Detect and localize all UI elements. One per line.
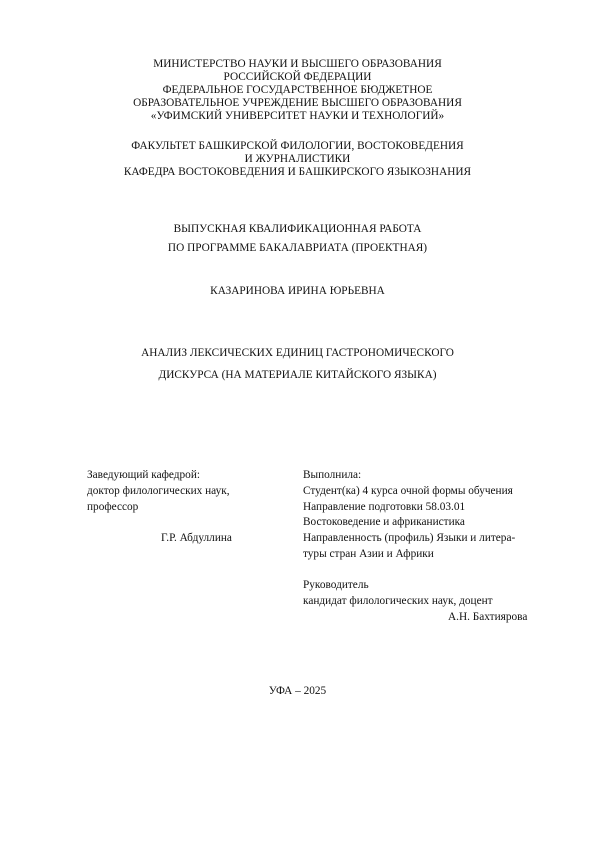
thesis-title-line-1: АНАЛИЗ ЛЕКСИЧЕСКИХ ЕДИНИЦ ГАСТРОНОМИЧЕСК… — [0, 346, 595, 360]
study-direction-name: Востоковедение и африканистика — [303, 515, 465, 529]
faculty-line-1: ФАКУЛЬТЕТ БАШКИРСКОЙ ФИЛОЛОГИИ, ВОСТОКОВ… — [0, 139, 595, 153]
author-name: КАЗАРИНОВА ИРИНА ЮРЬЕВНА — [0, 284, 595, 298]
city-year: УФА – 2025 — [0, 684, 595, 698]
thesis-title-line-2: ДИСКУРСА (НА МАТЕРИАЛЕ КИТАЙСКОГО ЯЗЫКА) — [0, 368, 595, 382]
supervisor-degree: кандидат филологических наук, доцент — [303, 594, 493, 608]
ministry-line-4: ОБРАЗОВАТЕЛЬНОЕ УЧРЕЖДЕНИЕ ВЫСШЕГО ОБРАЗ… — [0, 96, 595, 110]
student-course: Студент(ка) 4 курса очной формы обучения — [303, 484, 513, 498]
faculty-line-2: И ЖУРНАЛИСТИКИ — [0, 152, 595, 166]
study-direction: Направление подготовки 58.03.01 — [303, 500, 465, 514]
head-label: Заведующий кафедрой: — [87, 468, 200, 482]
work-type-line-2: ПО ПРОГРАММЕ БАКАЛАВРИАТА (ПРОЕКТНАЯ) — [0, 241, 595, 255]
work-type-line-1: ВЫПУСКНАЯ КВАЛИФИКАЦИОННАЯ РАБОТА — [0, 222, 595, 236]
study-profile-line-1: Направленность (профиль) Языки и литера- — [303, 531, 515, 545]
ministry-line-2: РОССИЙСКОЙ ФЕДЕРАЦИИ — [0, 70, 595, 84]
supervisor-name: А.Н. Бахтиярова — [448, 610, 527, 624]
performed-label: Выполнила: — [303, 468, 361, 482]
study-profile-line-2: туры стран Азии и Африки — [303, 547, 434, 561]
ministry-line-3: ФЕДЕРАЛЬНОЕ ГОСУДАРСТВЕННОЕ БЮДЖЕТНОЕ — [0, 83, 595, 97]
ministry-line-1: МИНИСТЕРСТВО НАУКИ И ВЫСШЕГО ОБРАЗОВАНИЯ — [0, 57, 595, 71]
university-name: «УФИМСКИЙ УНИВЕРСИТЕТ НАУКИ И ТЕХНОЛОГИЙ… — [0, 109, 595, 123]
department-line: КАФЕДРА ВОСТОКОВЕДЕНИЯ И БАШКИРСКОГО ЯЗЫ… — [0, 165, 595, 179]
head-name: Г.Р. Абдуллина — [161, 531, 232, 545]
supervisor-label: Руководитель — [303, 578, 369, 592]
head-degree: доктор филологических наук, — [87, 484, 230, 498]
head-position: профессор — [87, 500, 138, 514]
